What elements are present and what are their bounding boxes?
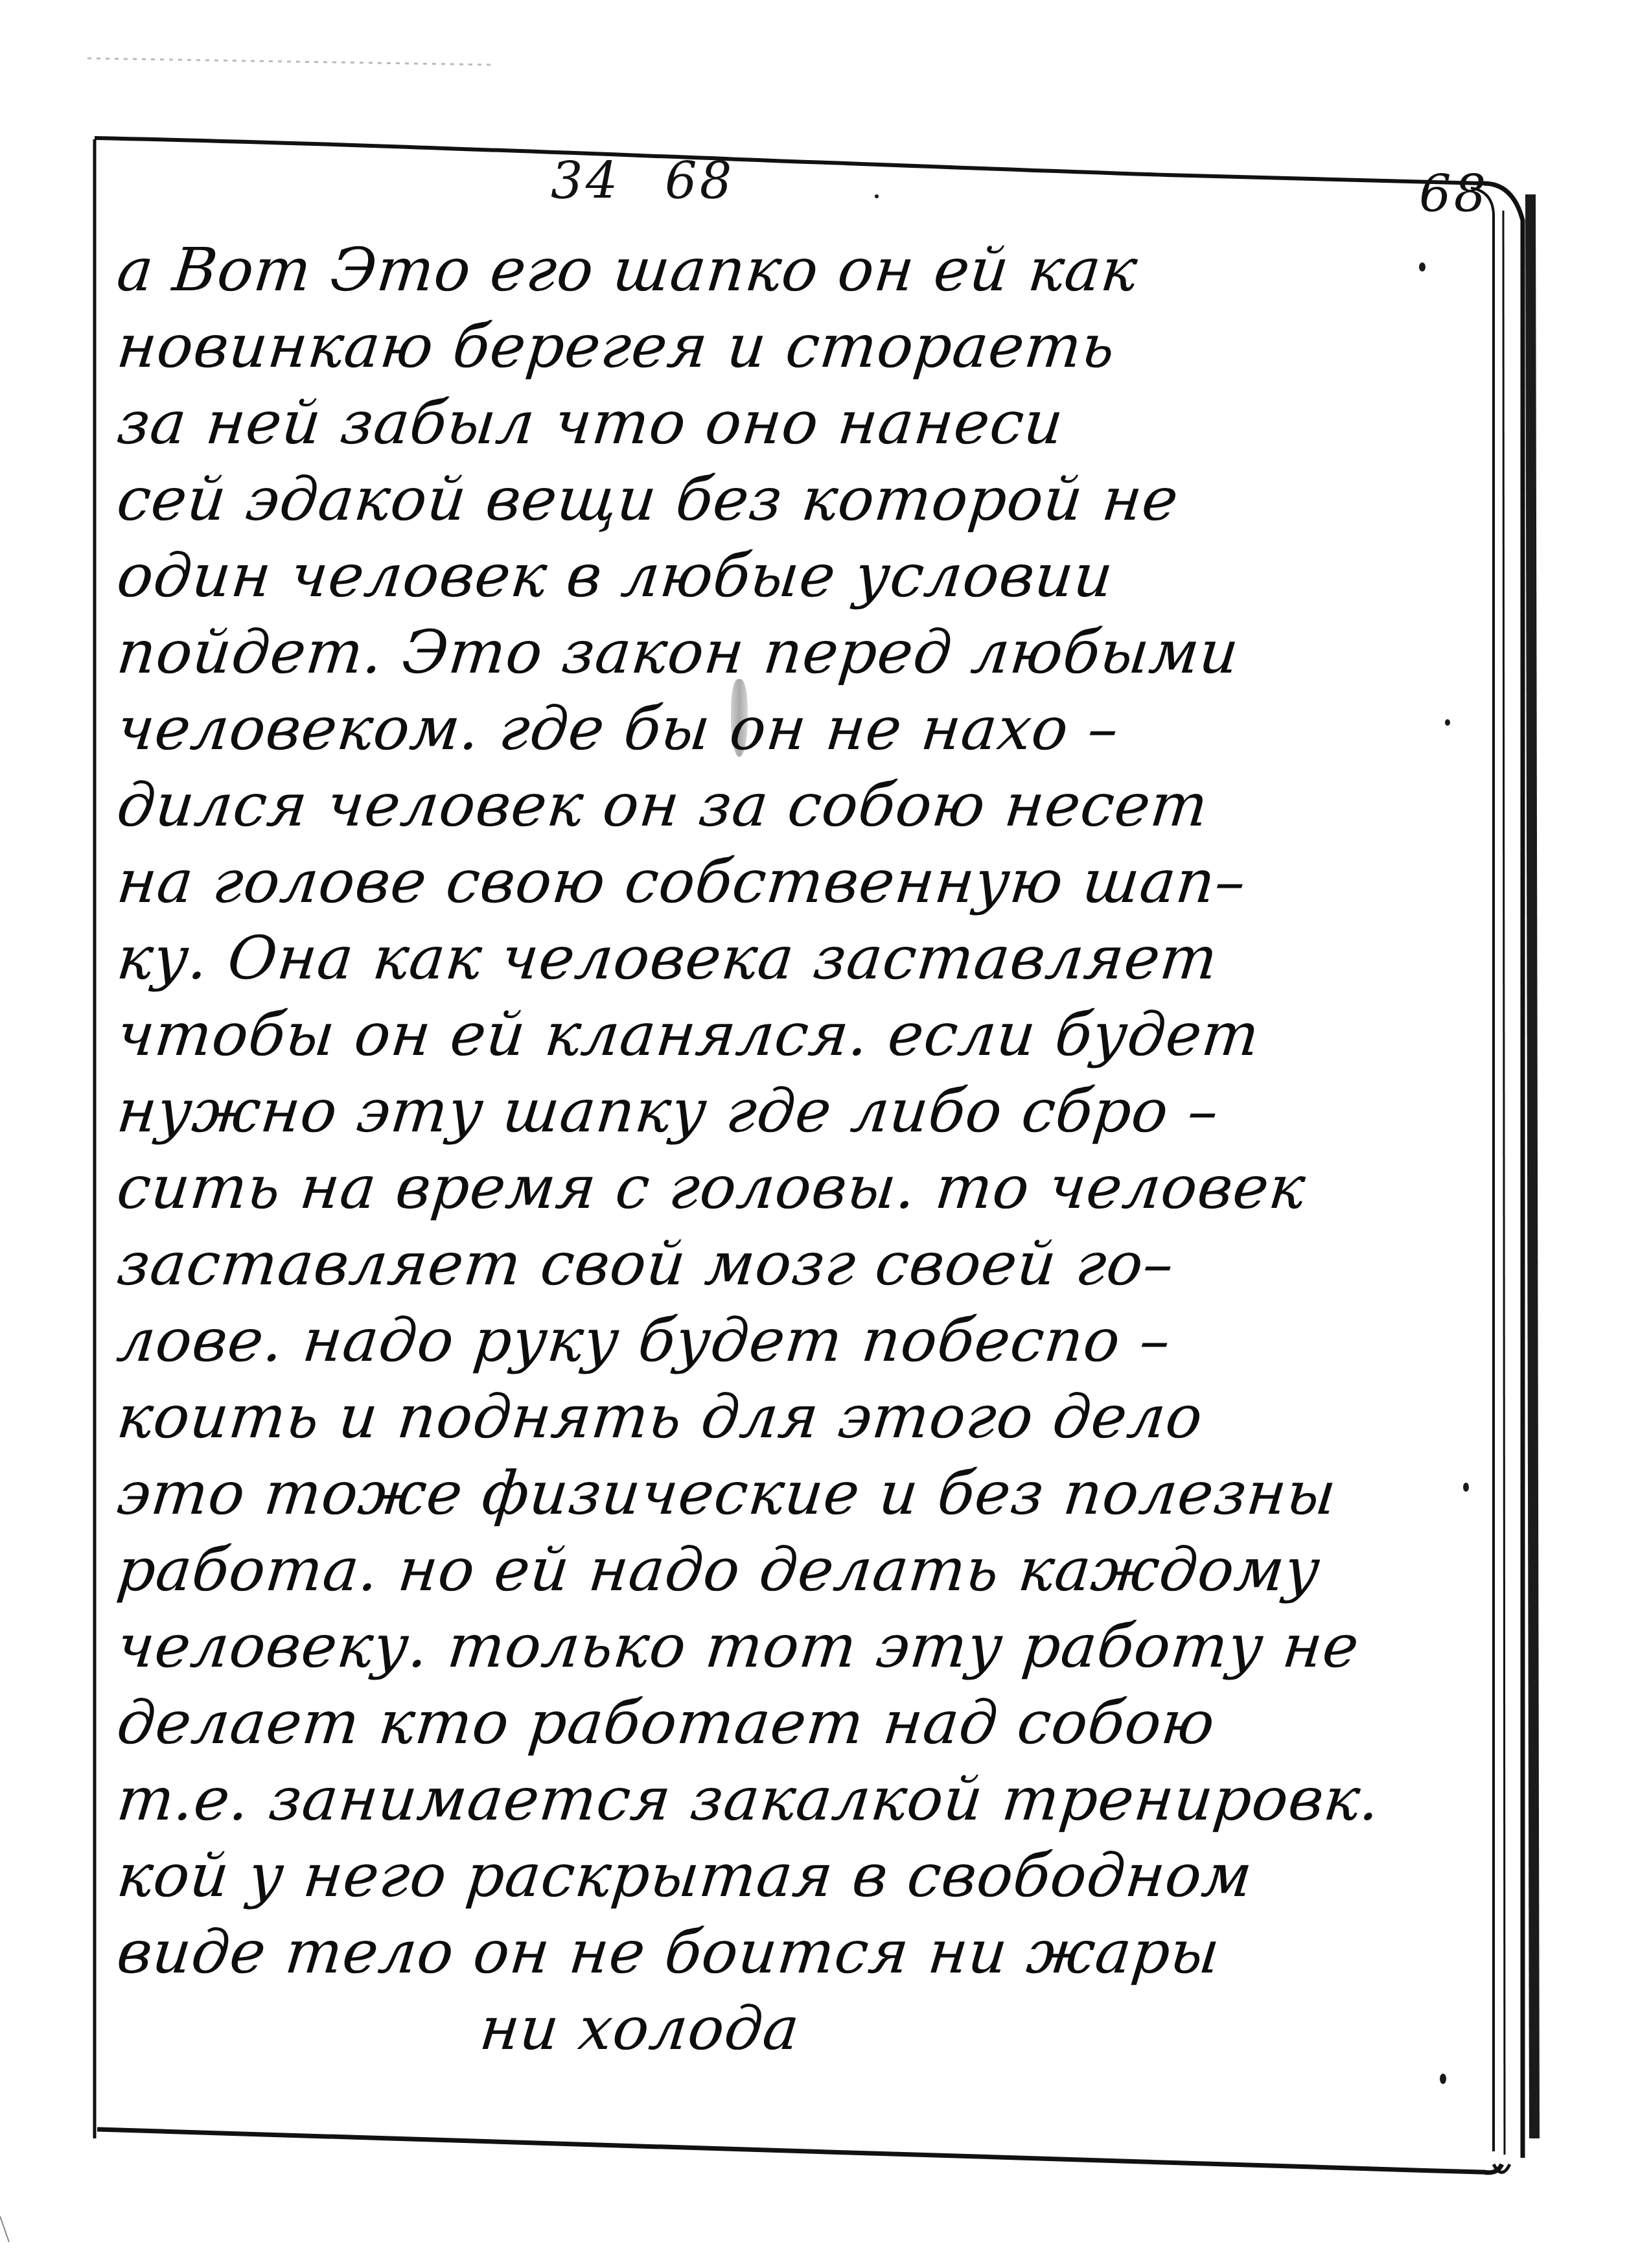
right-thick-edge (1530, 194, 1534, 2138)
scan-speck (1440, 2074, 1446, 2084)
text-line: пойдет. Это закон перед любыми (113, 614, 1488, 691)
text-line: ку. Она как человека заставляет (113, 920, 1488, 997)
text-line: заставляет свой мозг своей го– (113, 1226, 1488, 1302)
text-line: на голове свою собственную шап– (113, 844, 1488, 920)
text-line: сить на время с головы. то человек (113, 1150, 1488, 1226)
text-line: сей эдакой вещи без которой не (113, 461, 1488, 538)
page-number-top-right: 68 (1419, 165, 1488, 224)
text-line: лове. надо руку будет побеспо – (113, 1302, 1488, 1379)
text-line: а Вот Это его шапко он ей как (113, 232, 1488, 308)
text-line: кой у него раскрытая в свободном (113, 1838, 1488, 1914)
scan-speck (875, 194, 879, 198)
handwritten-text-body: а Вот Это его шапко он ей как новинкаю б… (113, 232, 1481, 2067)
text-line: делает кто работает над собою (113, 1685, 1488, 1761)
text-line: т.е. занимается закалкой тренировк. (113, 1761, 1488, 1838)
text-line: это тоже физические и без полезны (113, 1455, 1488, 1532)
right-inner-line-2 (1503, 211, 1505, 2155)
top-border-line (95, 138, 1484, 183)
text-line: работа. но ей надо делать каждому (113, 1532, 1488, 1608)
text-line: человеком. где бы он не нахо – (113, 691, 1488, 767)
text-line: дился человек он за собою несет (113, 767, 1488, 844)
page-number-center: 34 68 (551, 152, 734, 211)
text-line-final: ни холода (113, 1991, 1488, 2067)
text-line: один человек в любые условии (113, 538, 1488, 614)
bottom-border-line (97, 2129, 1502, 2173)
text-line: человеку. только тот эту работу не (113, 1608, 1488, 1685)
text-line: новинкаю берегея и стораеть (113, 308, 1488, 385)
text-line: виде тело он не боится ни жары (113, 1914, 1488, 1991)
top-right-corner (1484, 183, 1523, 2158)
text-line: коить и поднять для этого дело (113, 1379, 1488, 1455)
text-line: нужно эту шапку где либо сбро – (113, 1073, 1488, 1150)
text-line: за ней забыл что оно нанеси (113, 385, 1488, 461)
text-line: чтобы он ей кланялся. если будет (113, 997, 1488, 1073)
